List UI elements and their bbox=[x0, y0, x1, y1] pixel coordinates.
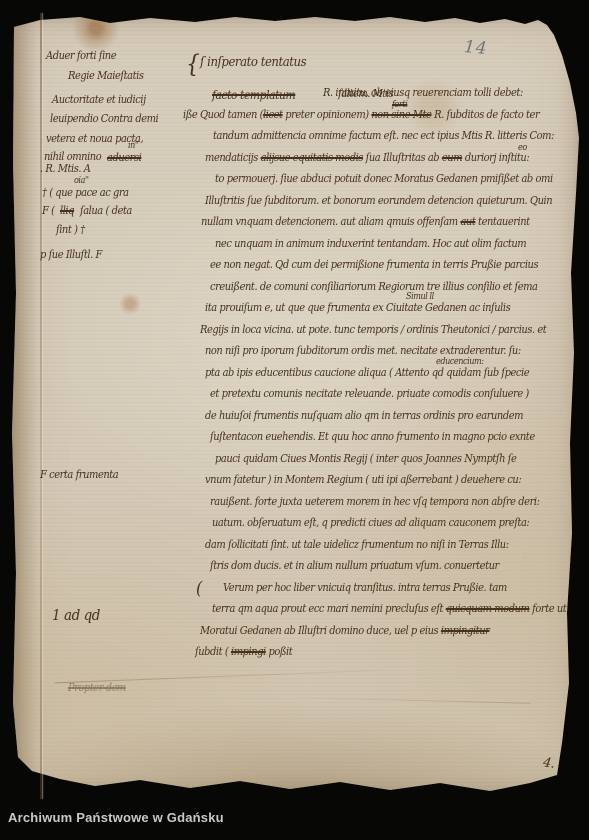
manuscript-line: ſubdit ( impingi poßit bbox=[195, 645, 539, 667]
margin-note: oia'' bbox=[74, 176, 89, 186]
manuscript-line: Regijs in loca vicina. ut pote. tunc tem… bbox=[200, 323, 539, 345]
line-text: uatum. obſeruatum eſt, q predicti ciues … bbox=[212, 516, 529, 529]
margin-note: p ſue Illuſtl. F bbox=[40, 248, 102, 261]
struck-text: licet bbox=[263, 108, 282, 121]
line-text: et pretextu comunis necitate releuande. … bbox=[210, 387, 529, 400]
margin-note: ſalua ( deta bbox=[80, 204, 132, 217]
line-text: preter opinionem) bbox=[283, 108, 372, 121]
line-text: tentauerint bbox=[475, 215, 529, 228]
margin-note: leuipendio Contra demi bbox=[50, 112, 158, 125]
line-text: Regijs in loca vicina. ut pote. tunc tem… bbox=[200, 323, 546, 336]
manuscript-line: rauißent. forte juxta ueterem morem in h… bbox=[210, 495, 540, 517]
manuscript-line: to permouerj. ſiue abduci potuit donec M… bbox=[215, 172, 541, 194]
manuscript-line: mendaticijs alijsue equitatis modis ſua … bbox=[205, 151, 540, 173]
margin-note: { bbox=[186, 50, 199, 78]
gutter-crease bbox=[40, 13, 42, 799]
line-text: Moratui Gedanen ab Illuſtri domino duce,… bbox=[200, 624, 441, 637]
margin-note: ſ inſperato tentatus bbox=[200, 55, 306, 70]
manuscript-line: ee non negat. Qd cum dei permißione frum… bbox=[210, 258, 540, 280]
main-text-block: R. intuitu, ob eiusq reuerenciam tolli d… bbox=[205, 86, 577, 667]
manuscript-line: nullam vnquam detencionem. aut aliam qmu… bbox=[201, 215, 539, 237]
margin-note: ſaltem. Mtis bbox=[338, 87, 393, 100]
margin-note: F certa frumenta bbox=[40, 468, 118, 481]
margin-note: lliq bbox=[60, 204, 74, 217]
manuscript-line: nec unquam in animum induxerint tentanda… bbox=[215, 237, 541, 259]
margin-note: in'' bbox=[128, 141, 138, 151]
line-text: ſua Illuſtritas ab bbox=[363, 151, 442, 164]
manuscript-line: Moratui Gedanen ab Illuſtri domino duce,… bbox=[200, 624, 539, 646]
quire-mark: 4. bbox=[542, 755, 556, 772]
line-text: ſuſtentacon euehendis. Et quu hoc anno f… bbox=[210, 430, 535, 443]
line-text: dam ſollicitati ſint. ut tale uidelicz f… bbox=[205, 538, 509, 551]
margin-note: . R. Mtis. A bbox=[40, 162, 90, 175]
line-text: pauci quidam Ciues Montis Regij ( inter … bbox=[215, 452, 516, 465]
margin-note: ( bbox=[196, 578, 202, 599]
archive-photo: 14 R. intuitu, ob eiusq reuerenciam toll… bbox=[0, 0, 589, 840]
line-text: ita prouiſum e, ut que que frumenta ex C… bbox=[205, 301, 510, 314]
margin-note: Auctoritate et iudicij bbox=[52, 93, 146, 106]
line-text: rauißent. forte juxta ueterem morem in h… bbox=[210, 495, 539, 508]
margin-note: aduersi bbox=[107, 151, 141, 164]
manuscript-line: de huiuſoi frumentis nuſquam alio qm in … bbox=[205, 409, 540, 431]
manuscript-line: dam ſollicitati ſint. ut tale uidelicz f… bbox=[205, 538, 540, 560]
manuscript-line: tandum admittencia omnime factum eſt. ne… bbox=[213, 129, 541, 151]
margin-note: F ( bbox=[42, 204, 55, 217]
archive-watermark: Archiwum Państwowe w Gdańsku bbox=[8, 810, 224, 825]
manuscript-line: vnum fatetur ) in Montem Regium ( uti ip… bbox=[205, 473, 540, 495]
margin-note: Simul ll bbox=[406, 292, 434, 302]
struck-text: impingi bbox=[231, 645, 266, 658]
manuscript-line: Verum per hoc liber vnicuiq tranſitus. i… bbox=[223, 581, 542, 603]
line-text: ſubdit ( bbox=[195, 645, 231, 658]
manuscript-line: iße Quod tamen (licet preter opinionem) … bbox=[183, 108, 538, 130]
margin-note: eo bbox=[518, 143, 527, 153]
folio-number: 14 bbox=[463, 37, 488, 59]
line-text: nec unquam in animum induxerint tentanda… bbox=[215, 237, 526, 250]
manuscript-line: non niſi pro iporum ſubditorum ordis met… bbox=[205, 344, 540, 366]
line-text: R. ſubditos de facto ter bbox=[431, 108, 539, 121]
line-text: pta ab ipis educentibus caucione aliqua … bbox=[205, 366, 529, 379]
line-text: creuißent. de comuni conſiliariorum Regi… bbox=[210, 280, 538, 293]
manuscript-line: pta ab ipis educentibus caucione aliqua … bbox=[205, 366, 540, 388]
margin-note: Regie Maieſtatis bbox=[68, 69, 143, 82]
margin-note: † ( que pace ac gra bbox=[42, 186, 129, 199]
manuscript-line: ſtris dom ducis. et in alium nullum priu… bbox=[210, 559, 540, 581]
line-text: terra qm aqua prout ecc mari nemini prec… bbox=[212, 602, 446, 615]
line-text: forte ut bbox=[529, 602, 566, 615]
manuscript-line: ſuſtentacon euehendis. Et quu hoc anno f… bbox=[210, 430, 540, 452]
struck-text: alijsue equitatis modis bbox=[261, 151, 363, 164]
manuscript-line: terra qm aqua prout ecc mari nemini prec… bbox=[212, 602, 541, 624]
line-text: ſtris dom ducis. et in alium nullum priu… bbox=[210, 559, 499, 572]
margin-note: educencium: bbox=[436, 357, 484, 367]
line-text: Verum per hoc liber vnicuiq tranſitus. i… bbox=[223, 581, 507, 594]
line-text: mendaticijs bbox=[205, 151, 261, 164]
margin-note: Aduer forti ſine bbox=[46, 49, 116, 62]
line-text: to permouerj. ſiue abduci potuit donec M… bbox=[215, 172, 553, 185]
line-text: iße Quod tamen ( bbox=[183, 108, 263, 121]
manuscript-line: pauci quidam Ciues Montis Regij ( inter … bbox=[215, 452, 541, 474]
manuscript-line: et pretextu comunis necitate releuande. … bbox=[210, 387, 540, 409]
manuscript-line: ita prouiſum e, ut que que frumenta ex C… bbox=[205, 301, 540, 323]
line-text: vnum fatetur ) in Montem Regium ( uti ip… bbox=[205, 473, 521, 486]
struck-text: impingitur bbox=[441, 624, 490, 637]
margin-note: facto templatum bbox=[212, 88, 295, 102]
line-text: de huiuſoi frumentis nuſquam alio qm in … bbox=[205, 409, 523, 422]
margin-note: Propter dcm bbox=[68, 681, 126, 694]
line-text: ee non negat. Qd cum dei permißione frum… bbox=[210, 258, 538, 271]
manuscript-line: Illuſtritis ſue ſubditorum. et bonorum e… bbox=[205, 194, 540, 216]
line-text: Illuſtritis ſue ſubditorum. et bonorum e… bbox=[205, 194, 552, 207]
struck-text: aut bbox=[460, 215, 475, 228]
line-text: tandum admittencia omnime factum eſt. ne… bbox=[213, 129, 554, 142]
margin-note: forti bbox=[392, 100, 407, 110]
struck-text: quicquam modum bbox=[446, 602, 530, 615]
line-text: nullam vnquam detencionem. aut aliam qmu… bbox=[201, 215, 460, 228]
margin-note: ſint ) † bbox=[56, 223, 85, 236]
line-text: poßit bbox=[266, 645, 293, 658]
struck-text: eum bbox=[442, 151, 462, 164]
margin-note: 1 ad qd bbox=[52, 606, 100, 624]
line-text: non niſi pro iporum ſubditorum ordis met… bbox=[205, 344, 521, 357]
manuscript-line: uatum. obſeruatum eſt, q predicti ciues … bbox=[212, 516, 541, 538]
manuscript-line: creuißent. de comuni conſiliariorum Regi… bbox=[210, 280, 540, 302]
